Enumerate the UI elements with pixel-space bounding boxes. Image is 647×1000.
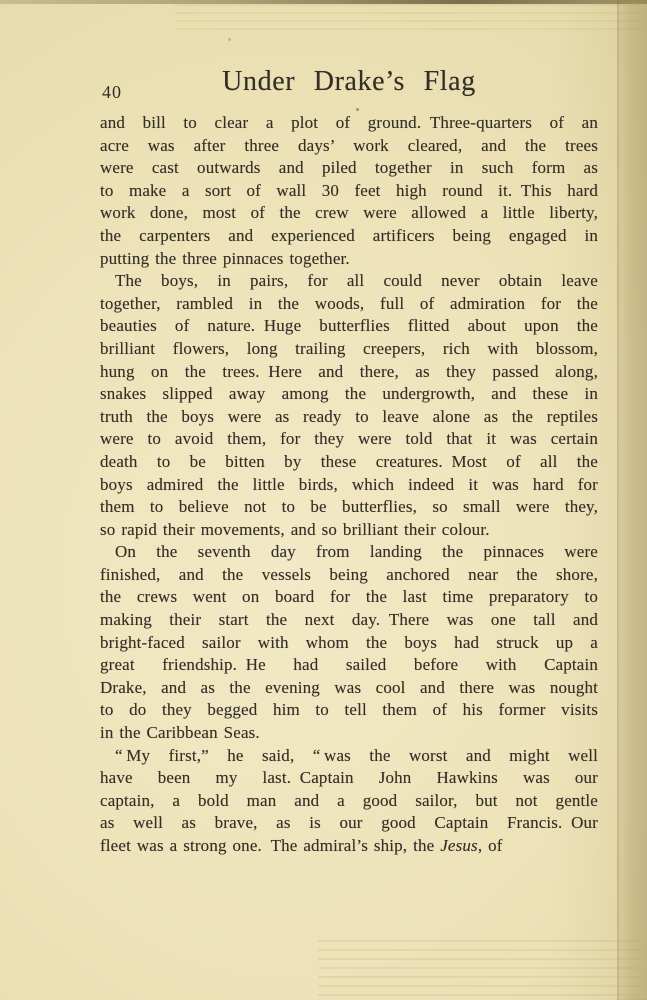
text-line: to make a sort of wall 30 feet high roun…: [100, 180, 598, 203]
text-line: death to be bitten by these creatures. M…: [100, 451, 598, 474]
text-line: as well as brave, as is our good Captain…: [100, 812, 598, 835]
text-line: On the seventh day from landing the pinn…: [100, 541, 598, 564]
text-line: and bill to clear a plot of ground. Thre…: [100, 112, 598, 135]
text-line: have been my last. Captain John Hawkins …: [100, 767, 598, 790]
text-line: the crews went on board for the last tim…: [100, 586, 598, 609]
text-line: beauties of nature. Huge butterflies fli…: [100, 315, 598, 338]
text-line: the carpenters and experienced artificer…: [100, 225, 598, 248]
text-line: bright-faced sailor with whom the boys h…: [100, 632, 598, 655]
text-line: work done, most of the crew were allowed…: [100, 202, 598, 225]
text-line: were to avoid them, for they were told t…: [100, 428, 598, 451]
paragraph: “ My first,” he said, “ was the worst an…: [100, 745, 598, 858]
text-line: The boys, in pairs, for all could never …: [100, 270, 598, 293]
paragraph: The boys, in pairs, for all could never …: [100, 270, 598, 541]
text-line: together, rambled in the woods, full of …: [100, 293, 598, 316]
page-bottom-edge-streaks: [318, 940, 643, 996]
ship-name-italic: Jesus: [440, 836, 478, 855]
text-line: captain, a bold man and a good sailor, b…: [100, 790, 598, 813]
text-line: acre was after three days’ work cleared,…: [100, 135, 598, 158]
running-title: Under Drake’s Flag: [100, 66, 598, 98]
text-line: snakes slipped away among the undergrowt…: [100, 383, 598, 406]
text-line: hung on the trees. Here and there, as th…: [100, 361, 598, 384]
text-line: in the Caribbean Seas.: [100, 722, 598, 745]
paper-speck: [228, 38, 231, 41]
text-line: them to believe not to be butterflies, s…: [100, 496, 598, 519]
paper-speck: [356, 108, 359, 111]
text-line: so rapid their movements, and so brillia…: [100, 519, 598, 542]
text-block: and bill to clear a plot of ground. Thre…: [100, 112, 598, 858]
text-line: truth the boys were as ready to leave al…: [100, 406, 598, 429]
book-page: 40 Under Drake’s Flag and bill to clear …: [0, 0, 647, 1000]
text-line: boys admired the little birds, which ind…: [100, 474, 598, 497]
text-line: making their start the next day. There w…: [100, 609, 598, 632]
text-line: finished, and the vessels being anchored…: [100, 564, 598, 587]
text-run: fleet was a strong one. The admiral’s sh…: [100, 836, 440, 855]
text-line: to do they begged him to tell them of hi…: [100, 699, 598, 722]
text-line: putting the three pinnaces together.: [100, 248, 598, 271]
text-line: Drake, and as the evening was cool and t…: [100, 677, 598, 700]
text-line: fleet was a strong one. The admiral’s sh…: [100, 835, 598, 858]
paragraph: and bill to clear a plot of ground. Thre…: [100, 112, 598, 270]
paragraph: On the seventh day from landing the pinn…: [100, 541, 598, 744]
text-line: were cast outwards and piled together in…: [100, 157, 598, 180]
text-line: brilliant flowers, long trailing creeper…: [100, 338, 598, 361]
page-right-edge: [617, 0, 647, 1000]
text-run: , of: [478, 836, 503, 855]
text-line: great friendship. He had sailed before w…: [100, 654, 598, 677]
text-line: “ My first,” he said, “ was the worst an…: [100, 745, 598, 768]
